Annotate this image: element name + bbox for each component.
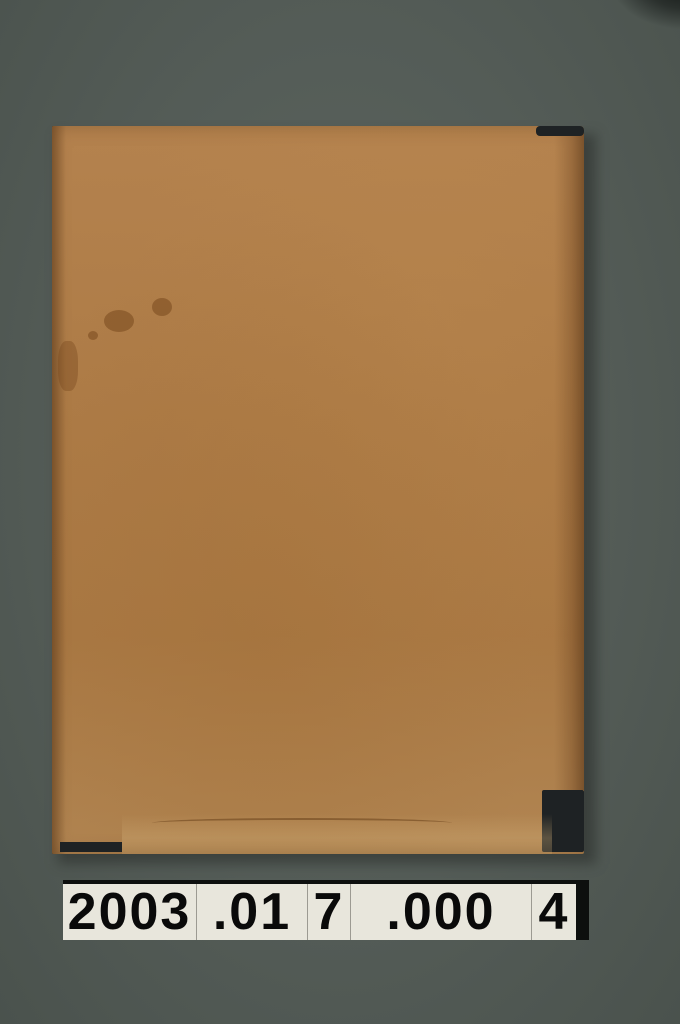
stain (152, 298, 172, 316)
left-fold (52, 126, 66, 854)
exposed-cover-top (536, 126, 584, 136)
right-edge (554, 130, 584, 790)
label-segment: .000 (351, 884, 532, 940)
stain (104, 310, 134, 332)
label-segment: 4 (532, 884, 576, 940)
stain (58, 341, 78, 391)
label-segment: .01 (197, 884, 308, 940)
paper-crease (152, 818, 452, 828)
background-shadow (610, 0, 680, 30)
stain (88, 331, 98, 340)
paper-wrapper (52, 126, 584, 854)
exposed-cover-bottom-left (60, 842, 122, 852)
accession-label: 2003 .01 7 .000 4 (63, 880, 589, 940)
label-segment: 7 (308, 884, 351, 940)
wrapped-book (52, 126, 590, 858)
label-segment: 2003 (63, 884, 197, 940)
